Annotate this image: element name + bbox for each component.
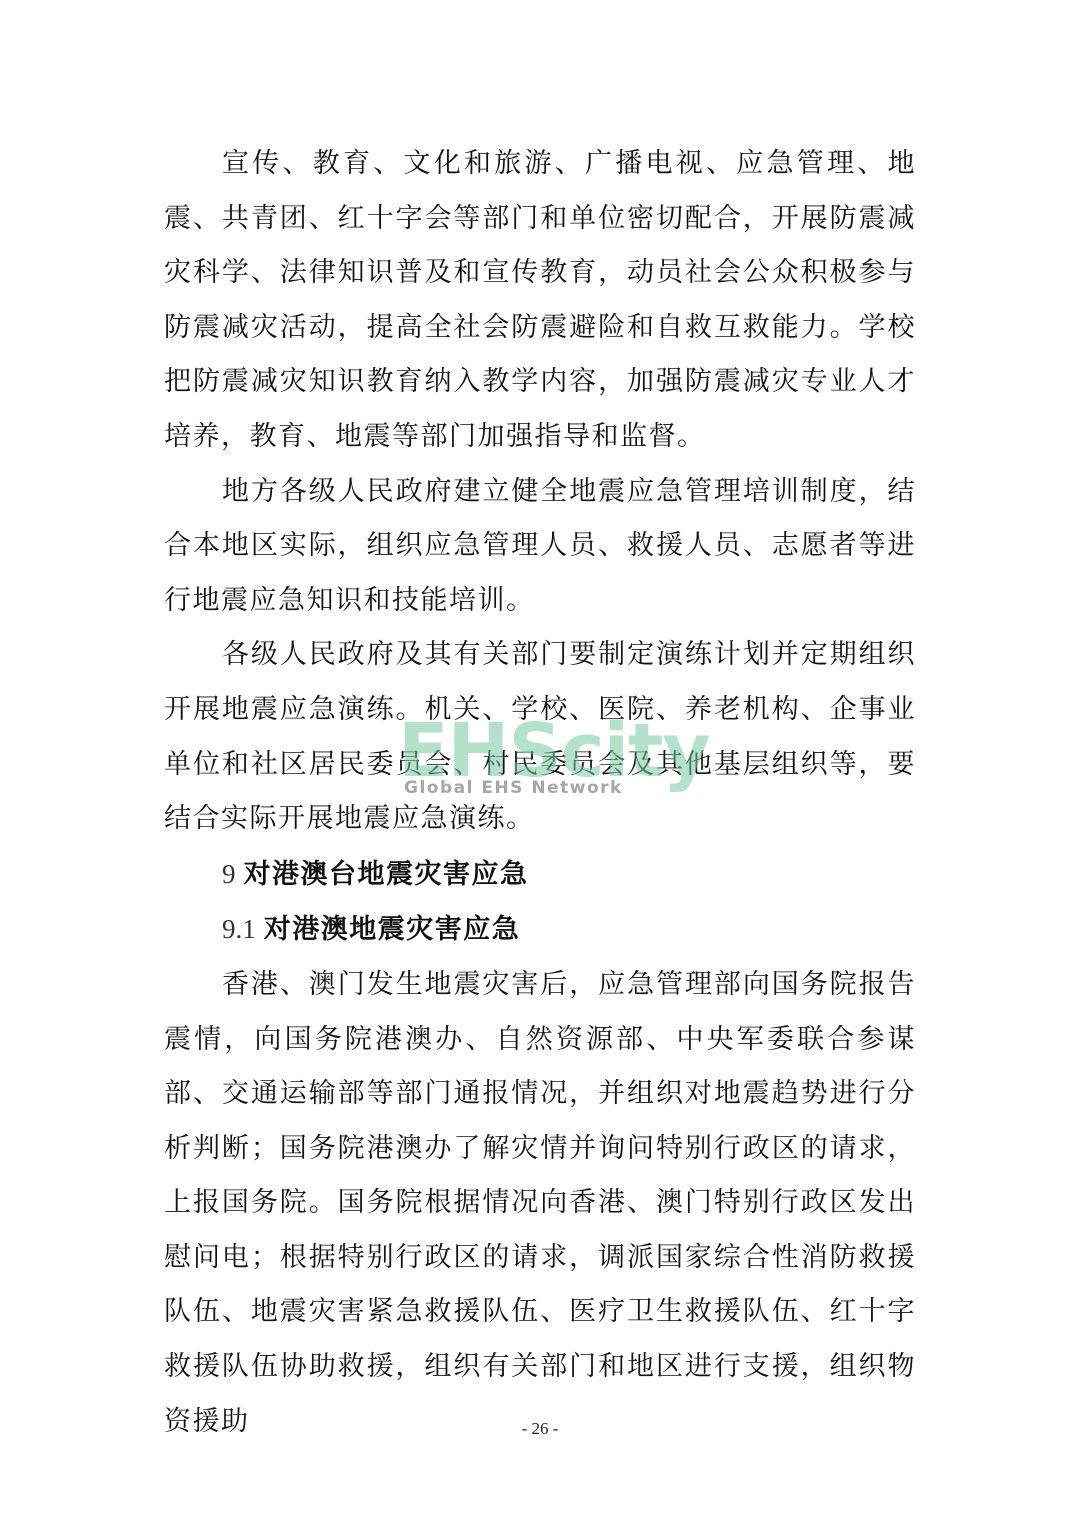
- paragraph-drills: 各级人民政府及其有关部门要制定演练计划并定期组织开展地震应急演练。机关、学校、医…: [164, 628, 916, 846]
- paragraph-public-education: 宣传、教育、文化和旅游、广播电视、应急管理、地震、共青团、红十字会等部门和单位密…: [164, 137, 916, 465]
- subsection-heading: 9.1对港澳地震灾害应急: [164, 902, 916, 958]
- page-number: - 26 -: [0, 1419, 1080, 1439]
- subsection-number: 9.1: [222, 914, 256, 944]
- section-number: 9: [222, 859, 236, 889]
- section-title: 对港澳台地震灾害应急: [244, 859, 529, 890]
- paragraph-training: 地方各级人民政府建立健全地震应急管理培训制度，结合本地区实际，组织应急管理人员、…: [164, 465, 916, 629]
- subsection-title: 对港澳地震灾害应急: [264, 914, 521, 945]
- section-heading: 9对港澳台地震灾害应急: [164, 847, 916, 903]
- document-page: 宣传、教育、文化和旅游、广播电视、应急管理、地震、共青团、红十字会等部门和单位密…: [0, 0, 1080, 1527]
- page-body: 宣传、教育、文化和旅游、广播电视、应急管理、地震、共青团、红十字会等部门和单位密…: [164, 137, 916, 1449]
- paragraph-hk-macao-response: 香港、澳门发生地震灾害后，应急管理部向国务院报告震情，向国务院港澳办、自然资源部…: [164, 958, 916, 1449]
